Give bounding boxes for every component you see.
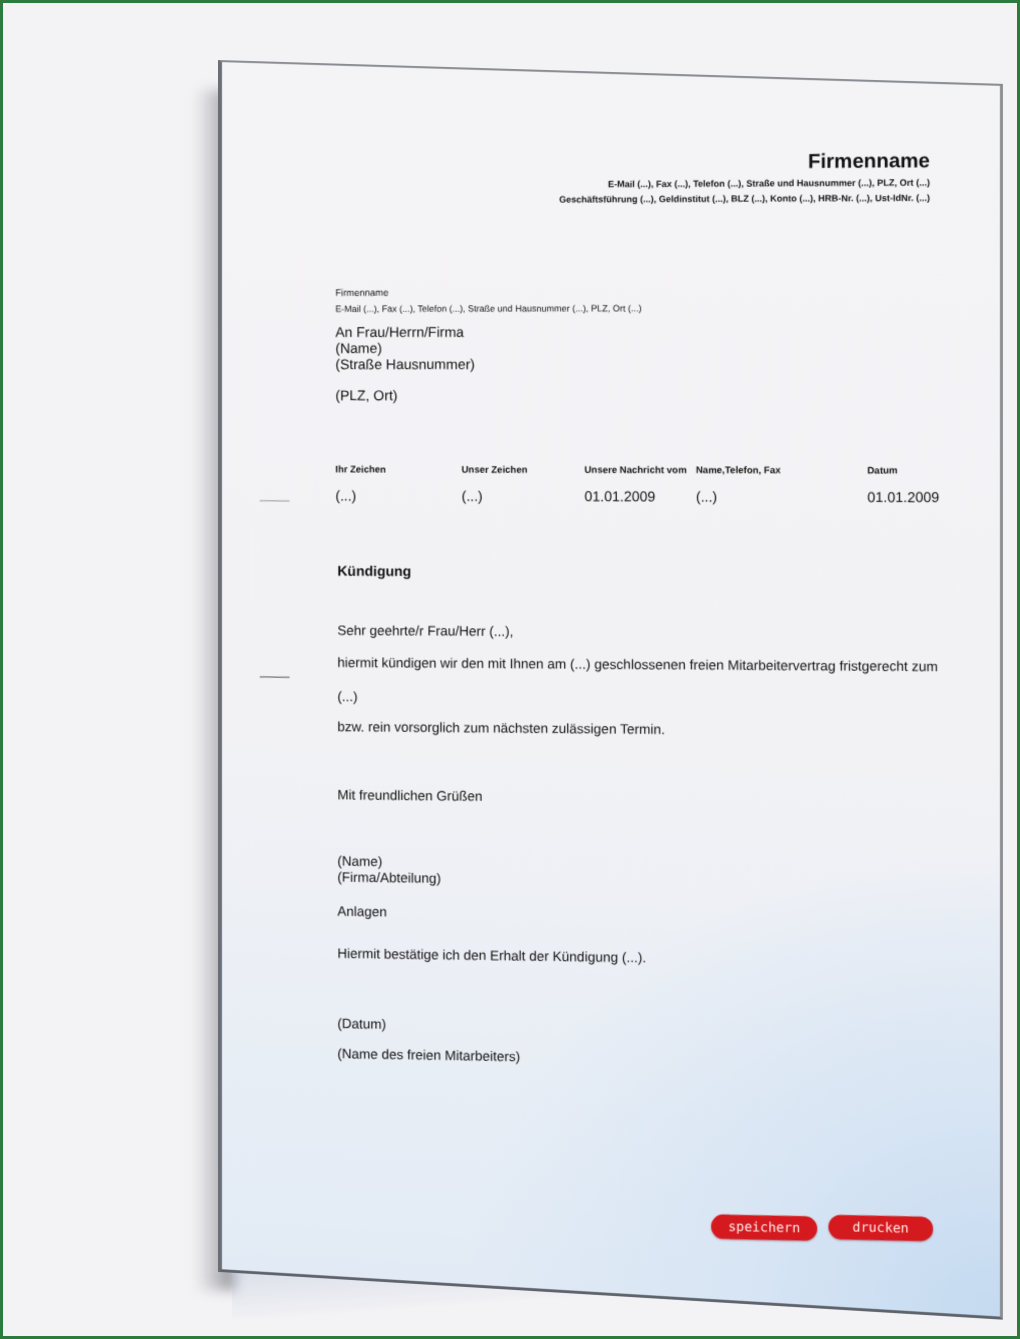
receipt-confirmation: Hiermit bestätige ich den Erhalt der Kün… bbox=[337, 946, 646, 965]
letter-body-line-1: hiermit kündigen wir den mit Ihnen am (.… bbox=[337, 655, 938, 674]
fold-mark-top bbox=[260, 500, 290, 501]
recipient-line-1: An Frau/Herrn/Firma bbox=[335, 324, 474, 340]
ref-value-ihr-zeichen: (...) bbox=[335, 487, 356, 503]
letterhead-company-name: Firmenname bbox=[808, 150, 930, 174]
recipient-address: An Frau/Herrn/Firma (Name) (Straße Hausn… bbox=[335, 324, 474, 404]
document-preview: Firmenname E-Mail (...), Fax (...), Tele… bbox=[0, 0, 1020, 1339]
letter-sheet: Firmenname E-Mail (...), Fax (...), Tele… bbox=[218, 60, 1003, 1320]
ref-value-unsere-nachricht: 01.01.2009 bbox=[584, 488, 655, 504]
letter-closing: Mit freundlichen Grüßen bbox=[337, 787, 482, 804]
ref-label-datum: Datum bbox=[867, 465, 897, 476]
date-placeholder: (Datum) bbox=[337, 1016, 386, 1032]
letter-body-line-3: bzw. rein vorsorglich zum nächsten zuläs… bbox=[337, 719, 664, 737]
ref-label-name-telefon-fax: Name,Telefon, Fax bbox=[696, 465, 781, 476]
recipient-line-4: (PLZ, Ort) bbox=[335, 387, 474, 403]
ref-value-datum: 01.01.2009 bbox=[867, 489, 939, 505]
attachments-label: Anlagen bbox=[337, 904, 387, 920]
letterhead-legal-line: Geschäftsführung (...), Geldinstitut (..… bbox=[559, 193, 930, 205]
print-button[interactable]: drucken bbox=[828, 1215, 933, 1242]
signer-department: (Firma/Abteilung) bbox=[337, 870, 441, 886]
letterhead-contact-line: E-Mail (...), Fax (...), Telefon (...), … bbox=[608, 177, 930, 189]
ref-label-unser-zeichen: Unser Zeichen bbox=[462, 465, 528, 476]
letter-salutation: Sehr geehrte/r Frau/Herr (...), bbox=[337, 623, 513, 639]
recipient-line-2: (Name) bbox=[335, 340, 474, 356]
fold-mark-middle bbox=[260, 676, 290, 677]
letter-body-line-2: (...) bbox=[337, 689, 357, 704]
sender-contact-line: E-Mail (...), Fax (...), Telefon (...), … bbox=[335, 303, 641, 314]
recipient-line-3: (Straße Hausnummer) bbox=[335, 356, 474, 372]
ref-value-name-telefon-fax: (...) bbox=[696, 488, 717, 504]
ref-label-ihr-zeichen: Ihr Zeichen bbox=[335, 464, 386, 475]
save-button[interactable]: speichern bbox=[711, 1214, 817, 1241]
ref-label-unsere-nachricht: Unsere Nachricht vom bbox=[584, 465, 686, 476]
ref-value-unser-zeichen: (...) bbox=[462, 488, 483, 504]
letter-subject: Kündigung bbox=[337, 563, 411, 579]
signer-name: (Name) bbox=[337, 854, 382, 870]
sender-name: Firmenname bbox=[335, 288, 388, 299]
employee-name-placeholder: (Name des freien Mitarbeiters) bbox=[337, 1046, 520, 1064]
